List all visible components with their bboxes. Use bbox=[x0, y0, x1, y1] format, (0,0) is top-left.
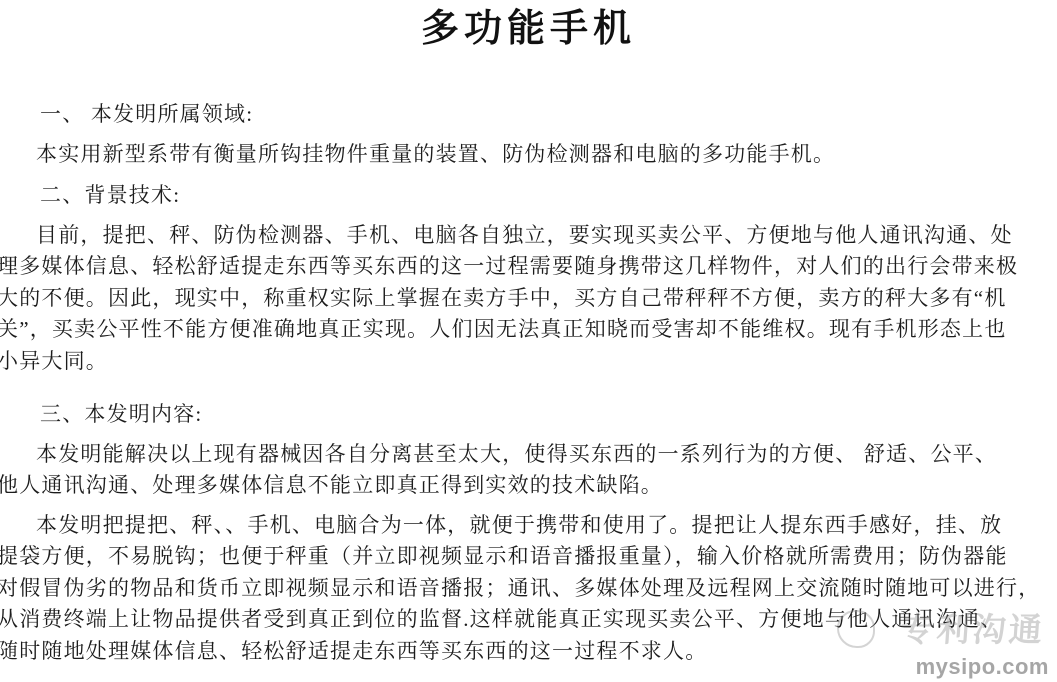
text-line: 他人通讯沟通、处理多媒体信息不能立即真正得到实效的技术缺陷。 bbox=[0, 470, 1057, 502]
text-line: 本发明能解决以上现有器械因各自分离甚至太大，使得买东西的一系列行为的方便、 舒适… bbox=[0, 439, 1057, 471]
text-line: 本发明把提把、秤、、手机、电脑合为一体，就便于携带和使用了。提把让人提东西手感好… bbox=[0, 510, 1057, 542]
text-line: 对假冒伪劣的物品和货币立即视频显示和语音播报；通讯、多媒体处理及远程网上交流随时… bbox=[0, 573, 1057, 605]
document-title: 多功能手机 bbox=[0, 0, 1057, 53]
text-line: 目前，提把、秤、防伪检测器、手机、电脑各自独立，要实现买卖公平、方便地与他人通讯… bbox=[0, 220, 1057, 252]
text-line: 提袋方便，不易脱钩；也便于秤重（并立即视频显示和语音播报重量），输入价格就所需费… bbox=[0, 541, 1057, 573]
text-line: 大的不便。因此，现实中，称重权实际上掌握在卖方手中，买方自己带秤秤不方便，卖方的… bbox=[0, 283, 1057, 315]
text-line: 理多媒体信息、轻松舒适提走东西等买东西的这一过程需要随身携带这几样物件，对人们的… bbox=[0, 251, 1057, 283]
text-line: 关”，买卖公平性不能方便准确地真正实现。人们因无法真正知晓而受害却不能维权。现有… bbox=[0, 314, 1057, 346]
patent-document-page: 多功能手机 一、 本发明所属领域: 本实用新型系带有衡量所钩挂物件重量的装置、防… bbox=[0, 0, 1057, 667]
section-heading-content: 三、本发明内容: bbox=[0, 399, 1057, 431]
text-line: 随时随地处理媒体信息、轻松舒适提走东西等买东西的这一过程不求人。 bbox=[0, 636, 1057, 668]
text-line: 本实用新型系带有衡量所钩挂物件重量的装置、防伪检测器和电脑的多功能手机。 bbox=[0, 139, 1057, 171]
section-heading-background: 二、背景技术: bbox=[0, 180, 1057, 212]
text-line: 小异大同。 bbox=[0, 346, 1057, 378]
text-line: 从消费终端上让物品提供者受到真正到位的监督.这样就能真正实现买卖公平、方便地与他… bbox=[0, 604, 1057, 636]
section-heading-field: 一、 本发明所属领域: bbox=[0, 99, 1057, 131]
